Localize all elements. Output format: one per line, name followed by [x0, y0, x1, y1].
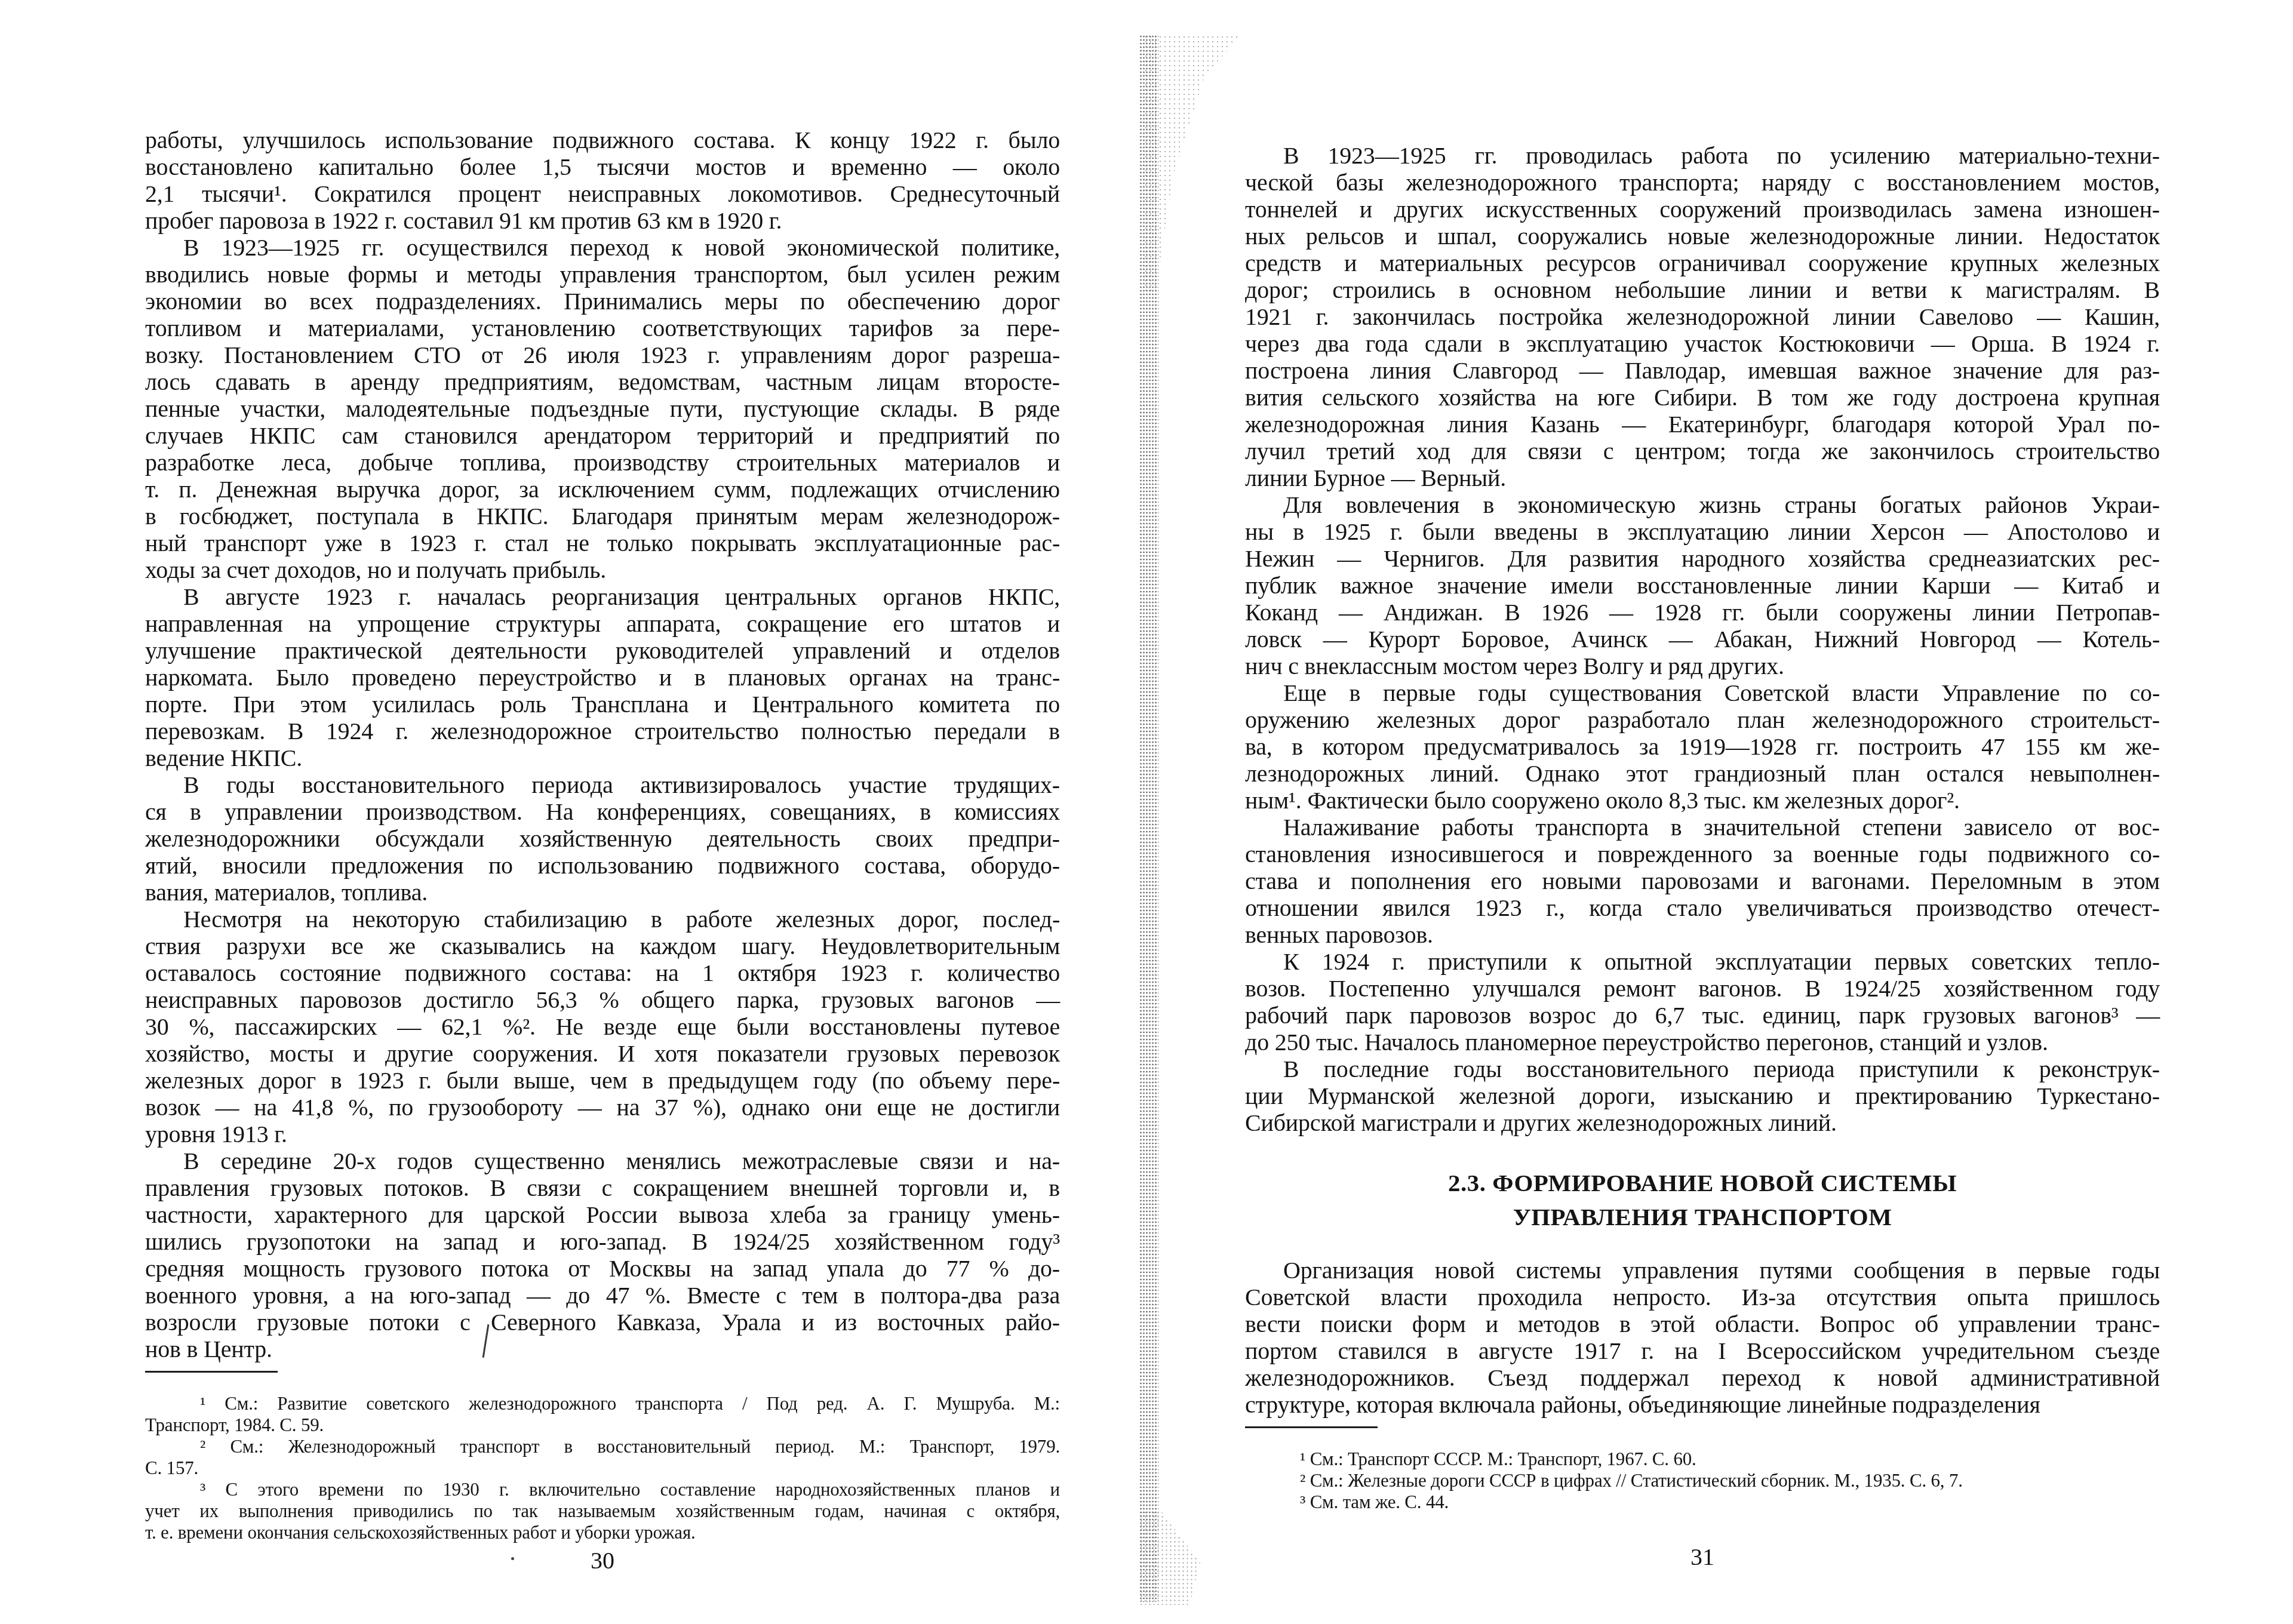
paragraph: В августе 1923 г. началась реорганизация… — [145, 583, 1060, 771]
text-line: линии Бурное — Верный. — [1245, 465, 2160, 491]
text-line: улучшение практической деятельности руко… — [145, 637, 1060, 664]
text-line: возок — на 41,8 %, по грузообороту — на … — [145, 1094, 1060, 1121]
text-line: разработке леса, добыче топлива, произво… — [145, 449, 1060, 476]
text-line: ² См.: Железнодорожный транспорт в восст… — [145, 1436, 1060, 1457]
text-line: направленная на упрощение структуры аппа… — [145, 610, 1060, 637]
text-line: ведение НКПС. — [145, 745, 1060, 771]
text-line: хозяйство, мосты и другие сооружения. И … — [145, 1040, 1060, 1067]
text-line: става и пополнения его новыми паровозами… — [1245, 868, 2160, 894]
paragraph: Несмотря на некоторую стабилизацию в раб… — [145, 906, 1060, 1148]
text-line: ческой базы железнодорожного транспорта;… — [1245, 169, 2160, 196]
text-line: В годы восстановительного периода активи… — [145, 771, 1060, 798]
text-line: вводились новые формы и методы управлени… — [145, 261, 1060, 288]
text-line: Налаживание работы транспорта в значител… — [1245, 814, 2160, 841]
text-line: ных рельсов и шпал, сооружались новые же… — [1245, 223, 2160, 250]
text-line: вания, материалов, топлива. — [145, 879, 1060, 906]
text-line: военного уровня, а на юго-запад — до 47 … — [145, 1282, 1060, 1309]
text-line: оружению железных дорог разработало план… — [1245, 706, 2160, 733]
book-gutter-shadow-bottom — [1139, 1511, 1211, 1605]
paragraph: Еще в первые годы существования Советско… — [1245, 679, 2160, 814]
text-line: в госбюджет, поступала в НКПС. Благодаря… — [145, 503, 1060, 530]
text-line: ловск — Курорт Боровое, Ачинск — Абакан,… — [1245, 626, 2160, 653]
footnote-separator — [145, 1371, 278, 1373]
paragraph: работы, улучшилось использование подвижн… — [145, 127, 1060, 234]
paragraph: К 1924 г. приступили к опытной эксплуата… — [1245, 948, 2160, 1056]
text-line: В 1923—1925 гг. проводилась работа по ус… — [1245, 142, 2160, 169]
text-line: лось сдавать в аренду предприятиям, ведо… — [145, 368, 1060, 395]
text-line: структуре, которая включала районы, объе… — [1245, 1391, 2160, 1418]
text-line: венных паровозов. — [1245, 921, 2160, 948]
text-line: становления износившегося и поврежденног… — [1245, 841, 2160, 868]
section-heading-line: 2.3. ФОРМИРОВАНИЕ НОВОЙ СИСТЕМЫ — [1245, 1166, 2160, 1200]
text-line: возросли грузовые потоки с Северного Кав… — [145, 1309, 1060, 1336]
text-line: экономии во всех подразделениях. Принима… — [145, 288, 1060, 315]
text-line: В 1923—1925 гг. осуществился переход к н… — [145, 234, 1060, 261]
text-line: ятий, вносили предложения по использован… — [145, 852, 1060, 879]
text-line: правления грузовых потоков. В связи с со… — [145, 1174, 1060, 1201]
book-gutter-shadow-top — [1144, 35, 1242, 291]
text-line: Несмотря на некоторую стабилизацию в раб… — [145, 906, 1060, 933]
text-line: ходы за счет доходов, но и получать приб… — [145, 556, 1060, 583]
paragraph: Организация новой системы управления пут… — [1245, 1257, 2160, 1418]
text-line: железнодорожники обсуждали хозяйственную… — [145, 825, 1060, 852]
text-line: ³ С этого времени по 1930 г. включительн… — [145, 1479, 1060, 1500]
page-number: 31 — [1245, 1544, 2160, 1570]
section-heading: 2.3. ФОРМИРОВАНИЕ НОВОЙ СИСТЕМЫ УПРАВЛЕН… — [1245, 1166, 2160, 1234]
text-line: возов. Постепенно улучшался ремонт вагон… — [1245, 975, 2160, 1002]
text-line: уровня 1913 г. — [145, 1121, 1060, 1148]
text-line: случаев НКПС сам становился арендатором … — [145, 422, 1060, 449]
text-line: вести поиски форм и методов в этой облас… — [1245, 1311, 2160, 1337]
text-line: ³ См. там же. С. 44. — [1245, 1491, 2160, 1513]
text-line: 30 %, пассажирских — 62,1 %². Не везде е… — [145, 1013, 1060, 1040]
paragraph: ³ См. там же. С. 44. — [1245, 1491, 2160, 1513]
text-line: В середине 20-х годов существенно меняли… — [145, 1148, 1060, 1174]
text-line: до 250 тыс. Началось планомерное переуст… — [1245, 1029, 2160, 1056]
right-page: В 1923—1925 гг. проводилась работа по ус… — [1245, 142, 2160, 1513]
text-line: железных дорог в 1923 г. были выше, чем … — [145, 1067, 1060, 1094]
text-line: Нежин — Чернигов. Для развития народного… — [1245, 545, 2160, 572]
paragraph: ² См.: Железные дороги СССР в цифрах // … — [1245, 1470, 2160, 1491]
text-line: ции Мурманской железной дороги, изыскани… — [1245, 1082, 2160, 1109]
text-line: восстановлено капитально более 1,5 тысяч… — [145, 153, 1060, 180]
text-line: Советской власти проходила непросто. Из-… — [1245, 1284, 2160, 1311]
text-line: лезнодорожных линий. Однако этот грандио… — [1245, 760, 2160, 787]
text-line: средняя мощность грузового потока от Мос… — [145, 1255, 1060, 1282]
text-line: портом ставился в августе 1917 г. на I В… — [1245, 1337, 2160, 1364]
text-line: ся в управлении производством. На конфер… — [145, 798, 1060, 825]
text-line: 1921 г. закончилась постройка железнодор… — [1245, 303, 2160, 330]
text-line: ны в 1925 г. были введены в эксплуатацию… — [1245, 518, 2160, 545]
text-line: отношении явился 1923 г., когда стало ув… — [1245, 894, 2160, 921]
right-page-footnotes: ¹ См.: Транспорт СССР. М.: Транспорт, 19… — [1245, 1448, 2160, 1513]
text-line: нов в Центр. — [145, 1336, 1060, 1362]
text-line: наркомата. Было проведено переустройство… — [145, 664, 1060, 691]
paragraph: ² См.: Железнодорожный транспорт в восст… — [145, 1436, 1060, 1479]
paragraph: В 1923—1925 гг. осуществился переход к н… — [145, 234, 1060, 583]
text-line: вития сельского хозяйства на юге Сибири.… — [1245, 384, 2160, 411]
text-line: построена линия Славгород — Павлодар, им… — [1245, 357, 2160, 384]
paragraph: В середине 20-х годов существенно меняли… — [145, 1148, 1060, 1362]
text-line: рабочий парк паровозов возрос до 6,7 тыс… — [1245, 1002, 2160, 1029]
book-scan-spread: { "document": { "type": "scanned-book-sp… — [0, 0, 2293, 1624]
text-line: С. 157. — [145, 1457, 1060, 1479]
text-line: т. п. Денежная выручка дорог, за исключе… — [145, 476, 1060, 503]
text-line: топливом и материалами, установлению соо… — [145, 315, 1060, 342]
text-line: пенные участки, малодеятельные подъездны… — [145, 395, 1060, 422]
text-line: учет их выполнения приводились по так на… — [145, 1500, 1060, 1522]
paragraph: ³ С этого времени по 1930 г. включительн… — [145, 1479, 1060, 1543]
text-line: частности, характерного для царской Росс… — [145, 1201, 1060, 1228]
text-line: Еще в первые годы существования Советско… — [1245, 679, 2160, 706]
text-line: лучил третий ход для связи с центром; то… — [1245, 438, 2160, 465]
text-line: 2,1 тысячи¹. Сократился процент неисправ… — [145, 180, 1060, 207]
left-page-body-text: работы, улучшилось использование подвижн… — [145, 127, 1060, 1362]
right-page-body-text: В 1923—1925 гг. проводилась работа по ус… — [1245, 142, 2160, 1136]
text-line: Транспорт, 1984. С. 59. — [145, 1414, 1060, 1436]
text-line: ¹ См.: Развитие советского железнодорожн… — [145, 1393, 1060, 1414]
text-line: неисправных паровозов достигло 56,3 % об… — [145, 986, 1060, 1013]
text-line: железнодорожная линия Казань — Екатеринб… — [1245, 411, 2160, 438]
text-line: железнодорожников. Съезд поддержал перех… — [1245, 1364, 2160, 1391]
text-line: перевозкам. В 1924 г. железнодорожное ст… — [145, 718, 1060, 745]
text-line: К 1924 г. приступили к опытной эксплуата… — [1245, 948, 2160, 975]
text-line: В последние годы восстановительного пери… — [1245, 1056, 2160, 1082]
page-number: 30 — [145, 1548, 1060, 1574]
section-heading-line: УПРАВЛЕНИЯ ТРАНСПОРТОМ — [1245, 1200, 2160, 1234]
text-line: работы, улучшилось использование подвижн… — [145, 127, 1060, 153]
text-line: ствия разрухи все же сказывались на кажд… — [145, 933, 1060, 959]
text-line: ¹ См.: Транспорт СССР. М.: Транспорт, 19… — [1245, 1448, 2160, 1470]
text-line: Сибирской магистрали и других железнодор… — [1245, 1109, 2160, 1136]
text-line: т. е. времени окончания сельскохозяйстве… — [145, 1522, 1060, 1543]
paragraph: Для вовлечения в экономическую жизнь стр… — [1245, 491, 2160, 679]
text-line: порте. При этом усилилась роль Трансплан… — [145, 691, 1060, 718]
text-line: шились грузопотоки на запад и юго-запад.… — [145, 1228, 1060, 1255]
text-line: через два года сдали в эксплуатацию учас… — [1245, 330, 2160, 357]
text-line: дорог; строились в основном небольшие ли… — [1245, 276, 2160, 303]
paragraph: Налаживание работы транспорта в значител… — [1245, 814, 2160, 948]
text-line: публик важное значение имели восстановле… — [1245, 572, 2160, 599]
text-line: возку. Постановлением СТО от 26 июля 192… — [145, 342, 1060, 368]
paragraph: В годы восстановительного периода активи… — [145, 771, 1060, 906]
right-page-body-text-after-heading: Организация новой системы управления пут… — [1245, 1257, 2160, 1418]
text-line: оставалось состояние подвижного состава:… — [145, 959, 1060, 986]
text-line: тоннелей и других искусственных сооружен… — [1245, 196, 2160, 223]
text-line: средств и материальных ресурсов ограничи… — [1245, 250, 2160, 276]
footnote-separator — [1245, 1426, 1378, 1428]
paragraph: В 1923—1925 гг. проводилась работа по ус… — [1245, 142, 2160, 491]
text-line: Коканд — Андижан. В 1926 — 1928 гг. были… — [1245, 599, 2160, 626]
text-line: Для вовлечения в экономическую жизнь стр… — [1245, 491, 2160, 518]
text-line: пробег паровоза в 1922 г. составил 91 км… — [145, 207, 1060, 234]
text-line: В августе 1923 г. началась реорганизация… — [145, 583, 1060, 610]
text-line: Организация новой системы управления пут… — [1245, 1257, 2160, 1284]
text-line: нич с внеклассным мостом через Волгу и р… — [1245, 653, 2160, 679]
text-line: ² См.: Железные дороги СССР в цифрах // … — [1245, 1470, 2160, 1491]
paragraph: ¹ См.: Транспорт СССР. М.: Транспорт, 19… — [1245, 1448, 2160, 1470]
text-line: ва, в котором предусматривалось за 1919—… — [1245, 733, 2160, 760]
paragraph: В последние годы восстановительного пери… — [1245, 1056, 2160, 1136]
text-line: ный транспорт уже в 1923 г. стал не толь… — [145, 530, 1060, 556]
paragraph: ¹ См.: Развитие советского железнодорожн… — [145, 1393, 1060, 1436]
left-page: работы, улучшилось использование подвижн… — [145, 127, 1060, 1543]
left-page-footnotes: ¹ См.: Развитие советского железнодорожн… — [145, 1393, 1060, 1543]
text-line: ным¹. Фактически было сооружено около 8,… — [1245, 787, 2160, 814]
